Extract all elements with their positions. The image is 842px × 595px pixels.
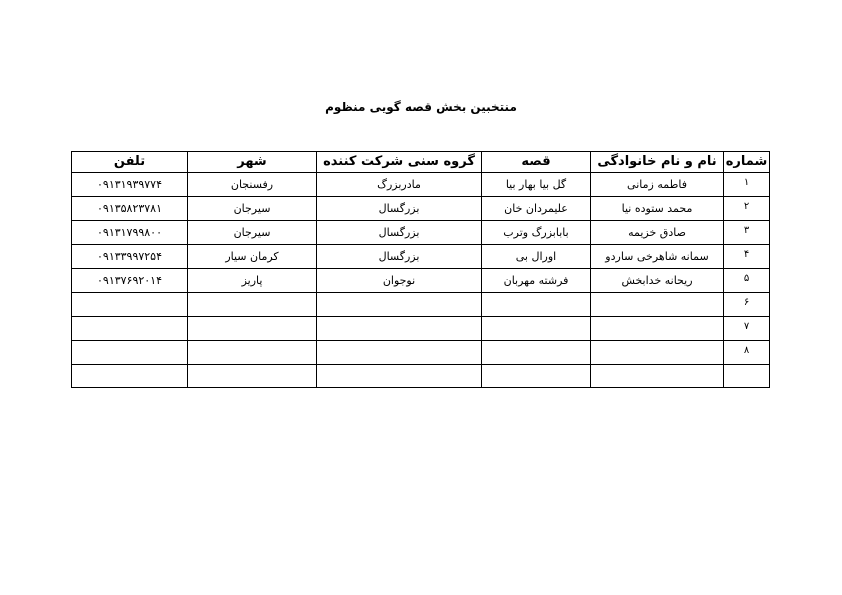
table-row: ۲ محمد ستوده نیا علیمردان خان بزرگسال سی… bbox=[72, 197, 770, 221]
cell-number bbox=[724, 365, 770, 388]
cell-age-group bbox=[317, 365, 482, 388]
cell-story bbox=[482, 317, 591, 341]
cell-age-group bbox=[317, 341, 482, 365]
participants-table: شماره نام و نام خانوادگی قصه گروه سنی شر… bbox=[71, 151, 770, 388]
cell-city: پاریز bbox=[188, 269, 317, 293]
cell-story bbox=[482, 341, 591, 365]
cell-phone: ۰۹۱۳۳۹۹۷۲۵۴ bbox=[72, 245, 188, 269]
table-row: ۱ فاطمه زمانی گل بیا بهار بیا مادربزرگ ر… bbox=[72, 173, 770, 197]
page-title: منتخبین بخش قصه گویی منظوم bbox=[0, 99, 842, 115]
cell-phone bbox=[72, 317, 188, 341]
cell-age-group: بزرگسال bbox=[317, 245, 482, 269]
cell-full-name: سمانه شاهرخی ساردو bbox=[591, 245, 724, 269]
cell-full-name bbox=[591, 293, 724, 317]
cell-full-name: محمد ستوده نیا bbox=[591, 197, 724, 221]
cell-story bbox=[482, 365, 591, 388]
cell-number: ۳ bbox=[724, 221, 770, 245]
cell-full-name bbox=[591, 365, 724, 388]
cell-full-name bbox=[591, 317, 724, 341]
cell-number: ۲ bbox=[724, 197, 770, 221]
cell-city bbox=[188, 293, 317, 317]
cell-full-name: صادق خزیمه bbox=[591, 221, 724, 245]
cell-phone: ۰۹۱۳۱۷۹۹۸۰۰ bbox=[72, 221, 188, 245]
cell-story bbox=[482, 293, 591, 317]
cell-city: سیرجان bbox=[188, 197, 317, 221]
table-row: ۳ صادق خزیمه بابابزرگ وترب بزرگسال سیرجا… bbox=[72, 221, 770, 245]
table-header-row: شماره نام و نام خانوادگی قصه گروه سنی شر… bbox=[72, 152, 770, 173]
cell-number: ۱ bbox=[724, 173, 770, 197]
cell-story: بابابزرگ وترب bbox=[482, 221, 591, 245]
header-phone: تلفن bbox=[72, 152, 188, 173]
cell-phone: ۰۹۱۳۱۹۳۹۷۷۴ bbox=[72, 173, 188, 197]
table-row: ۷ bbox=[72, 317, 770, 341]
cell-phone bbox=[72, 365, 188, 388]
table-row bbox=[72, 365, 770, 388]
cell-age-group bbox=[317, 317, 482, 341]
header-age-group: گروه سنی شرکت کننده bbox=[317, 152, 482, 173]
cell-age-group: نوجوان bbox=[317, 269, 482, 293]
cell-number: ۷ bbox=[724, 317, 770, 341]
cell-story: فرشته مهربان bbox=[482, 269, 591, 293]
table-row: ۶ bbox=[72, 293, 770, 317]
header-number: شماره bbox=[724, 152, 770, 173]
header-city: شهر bbox=[188, 152, 317, 173]
cell-phone: ۰۹۱۳۵۸۲۳۷۸۱ bbox=[72, 197, 188, 221]
cell-story: گل بیا بهار بیا bbox=[482, 173, 591, 197]
cell-story: علیمردان خان bbox=[482, 197, 591, 221]
cell-phone: ۰۹۱۳۷۶۹۲۰۱۴ bbox=[72, 269, 188, 293]
cell-phone bbox=[72, 341, 188, 365]
cell-age-group: بزرگسال bbox=[317, 221, 482, 245]
cell-number: ۸ bbox=[724, 341, 770, 365]
cell-city bbox=[188, 341, 317, 365]
cell-story: اورال بی bbox=[482, 245, 591, 269]
cell-age-group: بزرگسال bbox=[317, 197, 482, 221]
cell-number: ۵ bbox=[724, 269, 770, 293]
cell-full-name: ریحانه خدابخش bbox=[591, 269, 724, 293]
table-row: ۸ bbox=[72, 341, 770, 365]
header-full-name: نام و نام خانوادگی bbox=[591, 152, 724, 173]
cell-city: سیرجان bbox=[188, 221, 317, 245]
cell-full-name bbox=[591, 341, 724, 365]
cell-phone bbox=[72, 293, 188, 317]
cell-age-group bbox=[317, 293, 482, 317]
cell-city bbox=[188, 317, 317, 341]
header-story: قصه bbox=[482, 152, 591, 173]
cell-city bbox=[188, 365, 317, 388]
table-row: ۵ ریحانه خدابخش فرشته مهربان نوجوان پاری… bbox=[72, 269, 770, 293]
cell-city: کرمان سیار bbox=[188, 245, 317, 269]
cell-city: رفسنجان bbox=[188, 173, 317, 197]
cell-number: ۴ bbox=[724, 245, 770, 269]
cell-full-name: فاطمه زمانی bbox=[591, 173, 724, 197]
table-row: ۴ سمانه شاهرخی ساردو اورال بی بزرگسال کر… bbox=[72, 245, 770, 269]
cell-number: ۶ bbox=[724, 293, 770, 317]
cell-age-group: مادربزرگ bbox=[317, 173, 482, 197]
